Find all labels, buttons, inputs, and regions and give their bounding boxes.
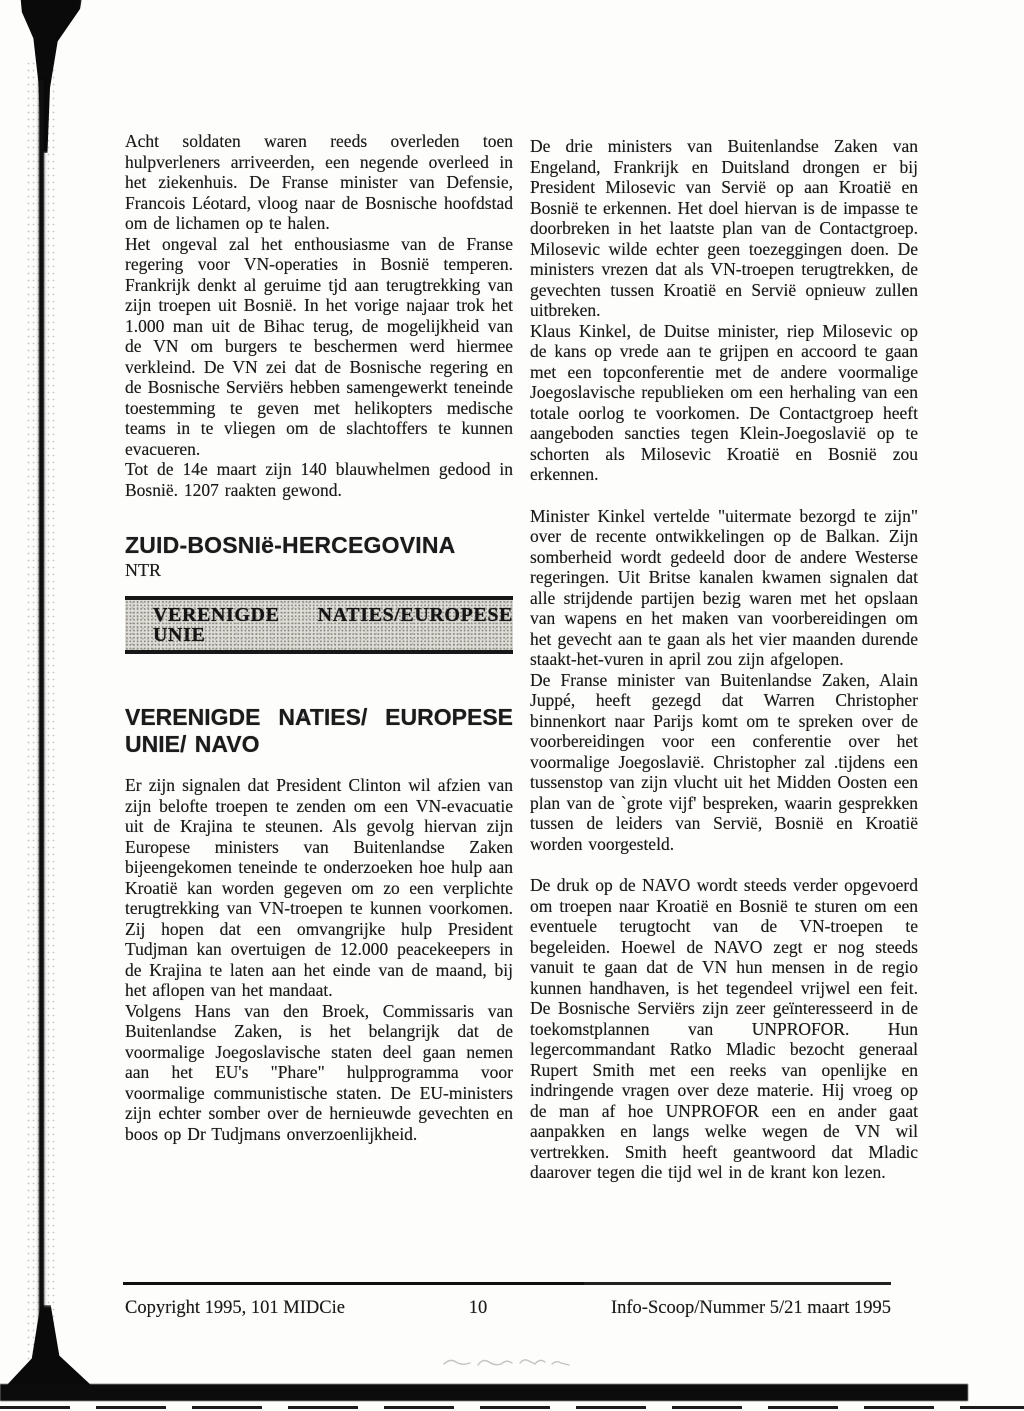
page-footer: Copyright 1995, 101 MIDCie 10 Info-Scoop… [125,1298,891,1319]
spacer [125,500,513,532]
spacer [125,654,513,704]
spacer [530,485,918,506]
body-paragraph: Het ongeval zal het enthousiasme van de … [125,234,513,460]
body-paragraph: Volgens Hans van den Broek, Commissaris … [125,1001,513,1145]
footer-issue: Info-Scoop/Nummer 5/21 maart 1995 [611,1298,891,1319]
footer-page-number: 10 [469,1298,488,1319]
body-paragraph: Minister Kinkel vertelde "uitermate bezo… [530,506,918,670]
body-paragraph: Er zijn signalen dat President Clinton w… [125,775,513,1001]
body-paragraph: De druk op de NAVO wordt steeds verder o… [530,875,918,1183]
body-paragraph: Acht soldaten waren reeds overleden toen… [125,131,513,234]
right-column: De drie ministers van Buitenlandse Zaken… [530,136,918,1183]
body-paragraph: Klaus Kinkel, de Duitse minister, riep M… [530,321,918,485]
article-heading-line1: VERENIGDE NATIES/ EUROPESE [125,704,513,731]
section-source: NTR [125,558,513,582]
article-heading: VERENIGDE NATIES/ EUROPESE UNIE/ NAVO [125,704,513,758]
scan-edge-band [0,1384,968,1401]
binding-shadow-speckle [26,60,56,1390]
footer-rule [123,1282,891,1285]
spacer [530,854,918,875]
section-banner: VERENIGDE NATIES/EUROPESE UNIE [125,596,513,654]
binding-shadow-line [39,80,44,1390]
footer-copyright: Copyright 1995, 101 MIDCie [125,1298,345,1319]
body-paragraph: De Franse minister van Buitenlandse Zake… [530,670,918,855]
scan-edge-line [0,1406,1024,1409]
binding-shadow-top [18,0,82,153]
article-heading-line2: UNIE/ NAVO [125,731,513,758]
pencil-smudge-artifact [440,1352,580,1375]
spacer [125,758,513,775]
body-paragraph: De drie ministers van Buitenlandse Zaken… [530,136,918,321]
left-column: Acht soldaten waren reeds overleden toen… [125,131,513,1144]
section-heading: ZUID-BOSNIë-HERCEGOVINA [125,532,513,558]
banner-title: VERENIGDE NATIES/EUROPESE UNIE [153,605,513,646]
binding-shadow-bottom [6,1305,92,1397]
body-paragraph: Tot de 14e maart zijn 140 blauwhelmen ge… [125,459,513,500]
